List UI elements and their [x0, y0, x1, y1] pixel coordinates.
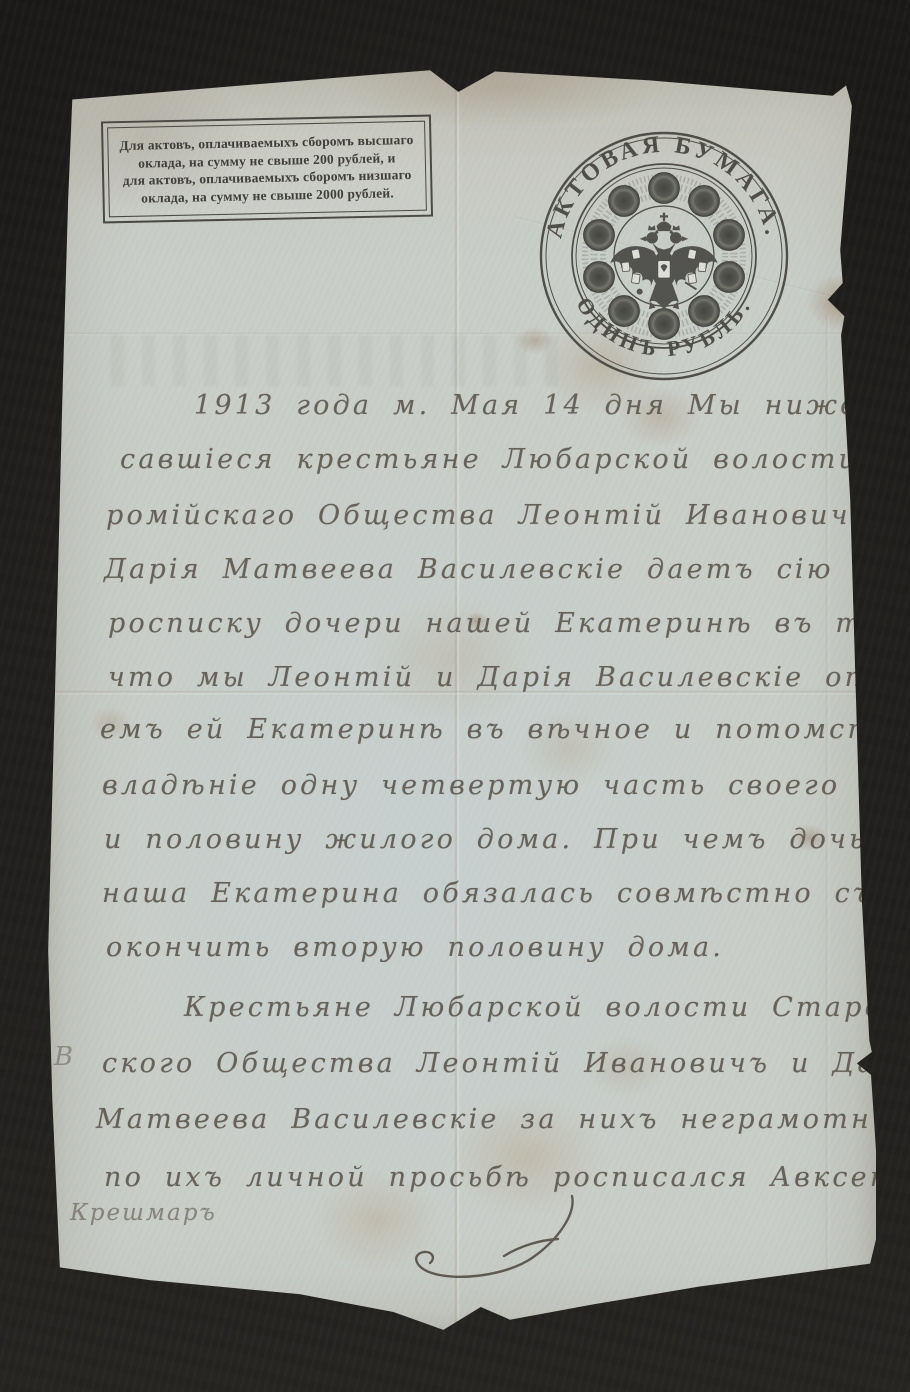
manuscript-line: владѣніе одну четвертую часть своего ого…	[102, 770, 876, 801]
manuscript-line: ского Общества Леонтій Ивановичъ и Дарія	[102, 1048, 876, 1079]
manuscript-line: росписку дочери нашей Екатеринѣ въ томъ	[108, 608, 876, 639]
manuscript-line: Крестьяне Любарской волости Старостян-	[184, 992, 876, 1023]
manuscript-line: 1913 года м. Мая 14 дня Мы нижеподпи-	[194, 390, 876, 421]
manuscript-line: емъ ей Екатеринѣ въ вѣчное и потомственн…	[100, 714, 876, 745]
manuscript-line: Дарія Матвеева Василевскіе даетъ сію	[104, 554, 834, 585]
manuscript-line: что мы Леонтій и Дарія Василевскіе отда-	[108, 662, 876, 693]
imperial-eagle-icon	[610, 213, 718, 310]
photo-backdrop: Для актовъ, оплачиваемыхъ сборомъ высшаг…	[0, 0, 910, 1392]
signature-flourish-icon	[400, 1182, 630, 1292]
manuscript-line-signature-name: Крешмаръ	[70, 1200, 217, 1226]
duty-stamp-seal: АКТОВАЯ БУМАГА. ОДИНЪ РУБЛЬ.	[538, 130, 790, 382]
manuscript-line: окончить вторую половину дома.	[106, 932, 724, 963]
tariff-notice-box: Для актовъ, оплачиваемыхъ сборомъ высшаг…	[101, 115, 433, 224]
margin-mark: В	[54, 1042, 73, 1072]
manuscript-line: Матвеева Василевскіе за нихъ неграмотных…	[96, 1104, 876, 1135]
document-paper: Для актовъ, оплачиваемыхъ сборомъ высшаг…	[44, 60, 876, 1335]
manuscript-line: и половину жилого дома. При чемъ дочь	[104, 824, 867, 855]
ink-bleedthrough	[111, 335, 577, 386]
tariff-notice-text: Для актовъ, оплачиваемыхъ сборомъ высшаг…	[107, 121, 427, 218]
manuscript-line: ромійскаго Общества Леонтій Ивановичъ и	[106, 500, 876, 531]
manuscript-line: савшіеся крестьяне Любарской волости Ста…	[120, 444, 876, 475]
vertical-fold-crease	[454, 60, 460, 1335]
manuscript-line: наша Екатерина обязалась совмѣстно съ на…	[102, 878, 876, 909]
